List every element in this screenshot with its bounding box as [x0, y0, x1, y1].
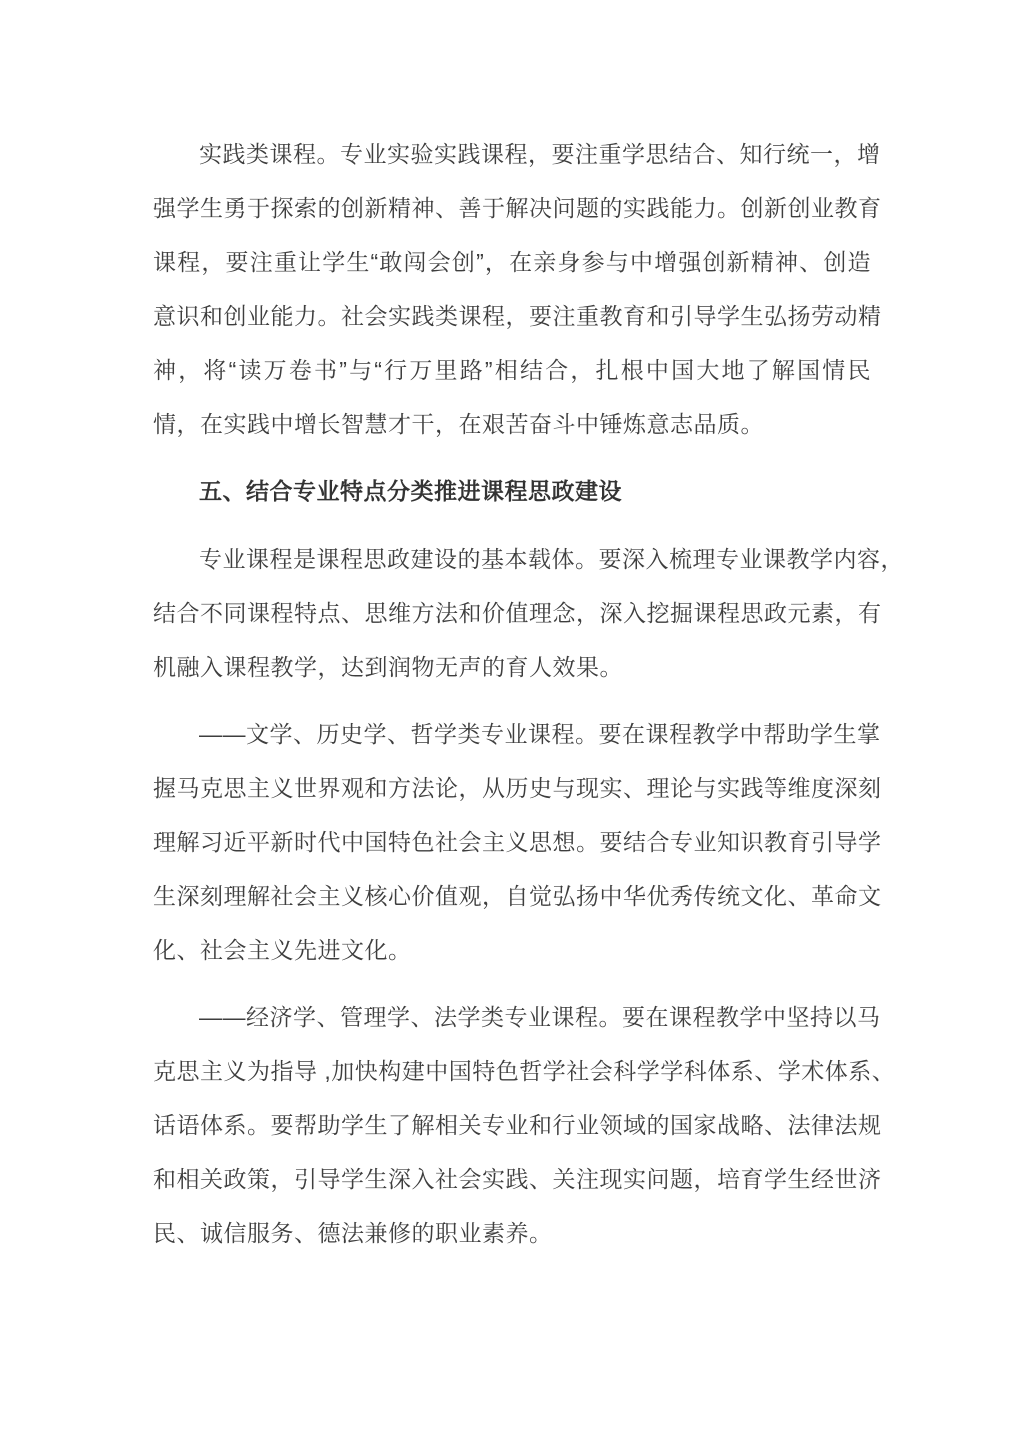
text-line: 机融入课程教学，达到润物无声的育人效果。	[153, 640, 871, 694]
text-line: 化、社会主义先进文化。	[153, 923, 871, 977]
text-line: 民、诚信服务、德法兼修的职业素养。	[153, 1206, 871, 1260]
section-heading: 五、结合专业特点分类推进课程思政建设	[153, 464, 871, 518]
document-content: 实践类课程。专业实验实践课程，要注重学思结合、知行统一，增 强学生勇于探索的创新…	[153, 0, 871, 1260]
text-line: 克思主义为指导 ,加快构建中国特色哲学社会科学学科体系、学术体系、	[153, 1044, 871, 1098]
text-line: ——经济学、管理学、法学类专业课程。要在课程教学中坚持以马	[153, 990, 871, 1044]
document-page: 实践类课程。专业实验实践课程，要注重学思结合、知行统一，增 强学生勇于探索的创新…	[0, 0, 1024, 1448]
text-line: ——文学、历史学、哲学类专业课程。要在课程教学中帮助学生掌	[153, 707, 871, 761]
text-line: 情，在实践中增长智慧才干，在艰苦奋斗中锤炼意志品质。	[153, 397, 871, 451]
text-line: 意识和创业能力。社会实践类课程，要注重教育和引导学生弘扬劳动精	[153, 289, 871, 343]
paragraph-overview: 专业课程是课程思政建设的基本载体。要深入梳理专业课教学内容， 结合不同课程特点、…	[153, 532, 871, 694]
text-line: 课程，要注重让学生“敢闯会创”，在亲身参与中增强创新精神、创造	[153, 235, 871, 289]
text-line: 结合不同课程特点、思维方法和价值理念，深入挖掘课程思政元素，有	[153, 586, 871, 640]
text-line: 神，将“读万卷书”与“行万里路”相结合，扎根中国大地了解国情民	[153, 343, 871, 397]
text-line: 专业课程是课程思政建设的基本载体。要深入梳理专业课教学内容，	[153, 532, 871, 586]
text-line: 强学生勇于探索的创新精神、善于解决问题的实践能力。创新创业教育	[153, 181, 871, 235]
text-line: 实践类课程。专业实验实践课程，要注重学思结合、知行统一，增	[153, 127, 871, 181]
paragraph-liberal-arts: ——文学、历史学、哲学类专业课程。要在课程教学中帮助学生掌 握马克思主义世界观和…	[153, 707, 871, 977]
text-line: 理解习近平新时代中国特色社会主义思想。要结合专业知识教育引导学	[153, 815, 871, 869]
text-line: 握马克思主义世界观和方法论，从历史与现实、理论与实践等维度深刻	[153, 761, 871, 815]
text-line: 话语体系。要帮助学生了解相关专业和行业领域的国家战略、法律法规	[153, 1098, 871, 1152]
paragraph-economics-law: ——经济学、管理学、法学类专业课程。要在课程教学中坚持以马 克思主义为指导 ,加…	[153, 990, 871, 1260]
text-line: 和相关政策，引导学生深入社会实践、关注现实问题，培育学生经世济	[153, 1152, 871, 1206]
paragraph-practice-courses: 实践类课程。专业实验实践课程，要注重学思结合、知行统一，增 强学生勇于探索的创新…	[153, 127, 871, 451]
text-line: 生深刻理解社会主义核心价值观，自觉弘扬中华优秀传统文化、革命文	[153, 869, 871, 923]
